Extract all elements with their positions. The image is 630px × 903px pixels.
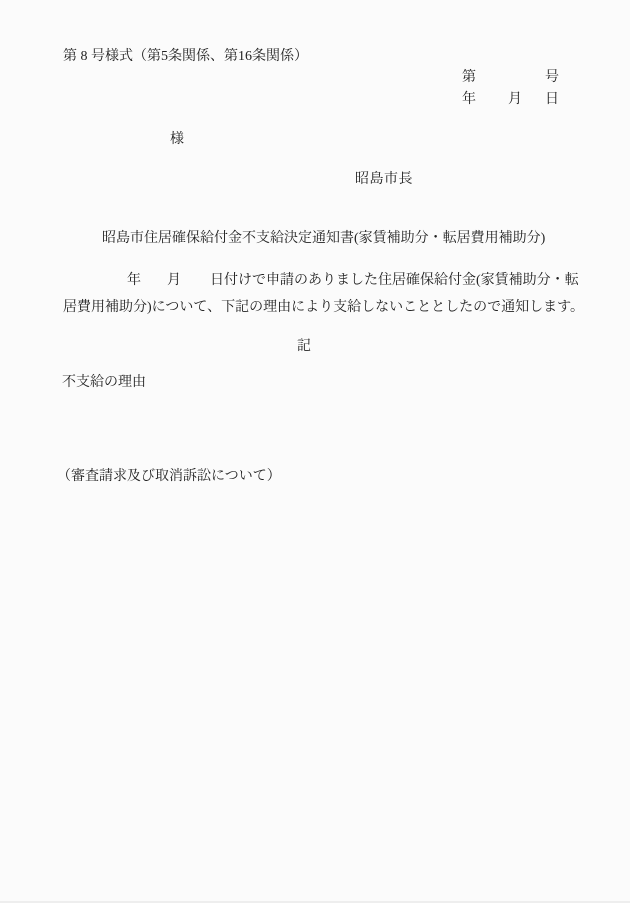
issue-date-day-label: 日: [545, 92, 559, 108]
record-heading: 記: [297, 339, 311, 355]
form-number: 第 8 号様式（第5条関係、第16条関係）: [63, 49, 308, 65]
application-date-year-label: 年: [127, 273, 141, 289]
appeal-note: （審査請求及び取消訴訟について）: [57, 469, 281, 485]
issue-number-suffix-label: 号: [545, 70, 559, 86]
issue-number-prefix-label: 第: [462, 70, 476, 86]
body-paragraph-line-1-text: 日付けで申請のありました住居確保給付金(家賃補助分・転: [210, 273, 579, 289]
document-title: 昭島市住居確保給付金不支給決定通知書(家賃補助分・転居費用補助分): [102, 231, 545, 247]
application-date-month-label: 月: [167, 273, 181, 289]
issue-number-line: 第 号: [0, 70, 630, 86]
issue-date-line: 年 月 日: [0, 92, 630, 108]
body-paragraph-line-1: 年 月 日付けで申請のありました住居確保給付金(家賃補助分・転: [0, 273, 630, 289]
notice-document-page: 第 8 号様式（第5条関係、第16条関係） 第 号 年 月 日 様 昭島市長 昭…: [0, 0, 630, 903]
issue-date-year-label: 年: [462, 92, 476, 108]
non-payment-reason-heading: 不支給の理由: [62, 375, 146, 391]
body-paragraph-line-2: 居費用補助分)について、下記の理由により支給しないこととしたので通知します。: [63, 300, 584, 316]
addressee-honorific: 様: [170, 132, 184, 148]
issue-date-month-label: 月: [508, 92, 522, 108]
sender-name: 昭島市長: [355, 172, 413, 188]
